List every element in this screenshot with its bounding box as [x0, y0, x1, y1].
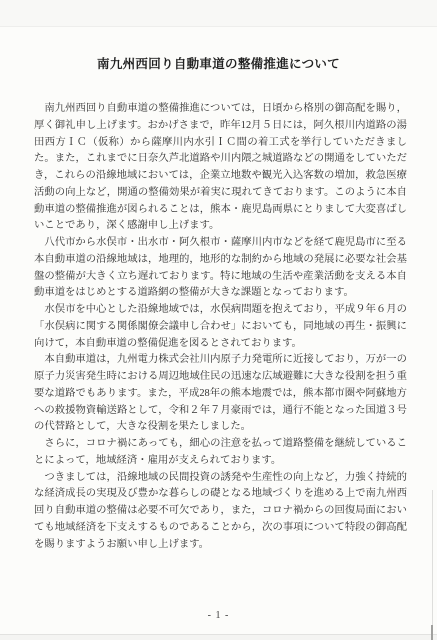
- document-body: 南九州西回り自動車道の整備推進については，日頃から格別の御高配を賜り，厚く御礼申…: [34, 101, 407, 553]
- paragraph: さらに，コロナ禍にあっても，細心の注意を払って道路整備を継続していることによって…: [34, 436, 407, 470]
- scan-corner-mark-artifact: [431, 625, 433, 640]
- paragraph: つきましては，沿線地域の民間投資の誘発や生産性の向上など，力強く持続的な経済成長…: [34, 470, 407, 554]
- paragraph: 水俣市を中心とした沿線地域では，水俣病問題を抱えており，平成９年６月の「水俣病に…: [34, 302, 407, 352]
- paragraph: 南九州西回り自動車道の整備推進については，日頃から格別の御高配を賜り，厚く御礼申…: [34, 101, 407, 235]
- paragraph: 本自動車道は，九州電力株式会社川内原子力発電所に近接しており，万が一の原子力災害…: [34, 352, 407, 436]
- scanned-document-page: { "page": { "title": "南九州西回り自動車道の整備推進につい…: [0, 0, 437, 640]
- document-title: 南九州西回り自動車道の整備推進について: [0, 54, 437, 72]
- page-number: - 1 -: [0, 610, 437, 621]
- scan-right-edge-artifact: [432, 490, 433, 640]
- scan-top-edge-artifact: [0, 0, 437, 27]
- paragraph: 八代市から水俣市・出水市・阿久根市・薩摩川内市などを経て鹿児島市に至る本自動車道…: [34, 235, 407, 302]
- scan-bottom-edge-artifact: [0, 634, 437, 640]
